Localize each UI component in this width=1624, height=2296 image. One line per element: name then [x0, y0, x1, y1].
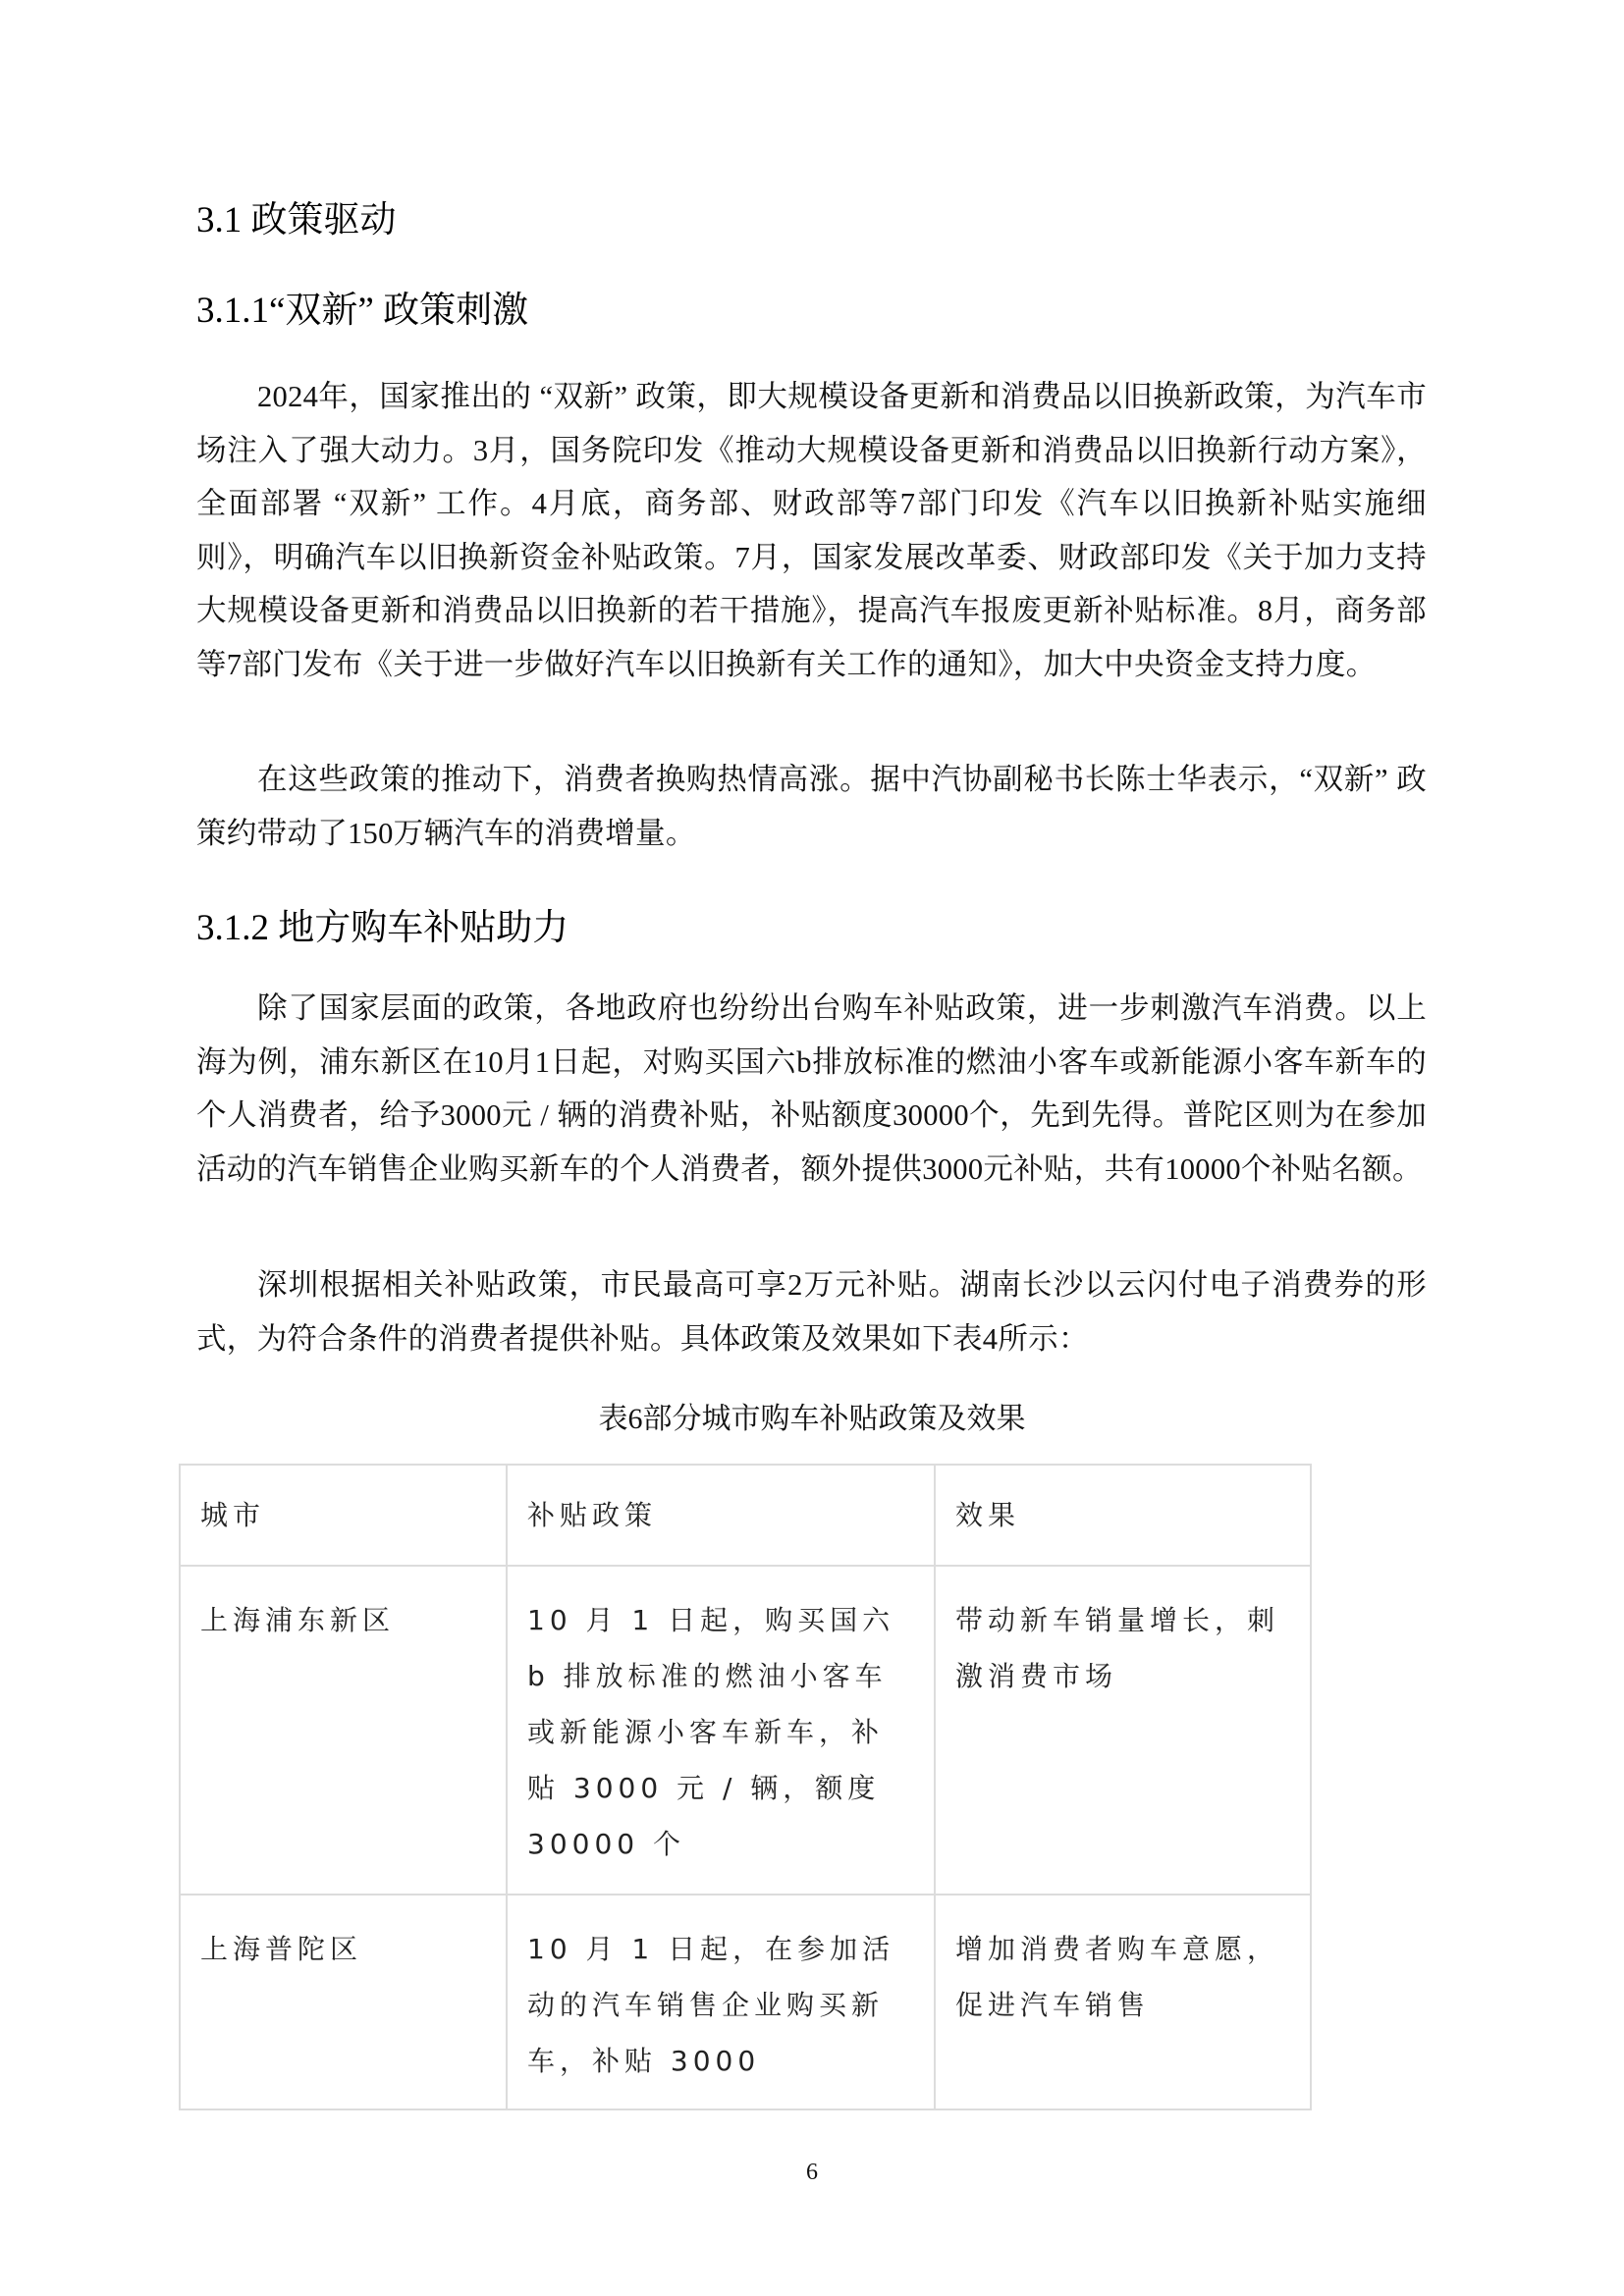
table-cell-city: 上海浦东新区	[180, 1566, 507, 1895]
table-cell-effect: 增加消费者购车意愿，促进汽车销售	[935, 1895, 1311, 2109]
subsection-heading-local-subsidy: 3.1.2 地方购车补贴助力	[196, 904, 568, 953]
table-header-city: 城市	[180, 1465, 507, 1566]
table-row: 上海浦东新区 10 月 1 日起，购买国六 b 排放标准的燃油小客车或新能源小客…	[180, 1566, 1311, 1895]
table-cell-city: 上海普陀区	[180, 1895, 507, 2109]
table-header-policy: 补贴政策	[507, 1465, 935, 1566]
paragraph-dual-new-policy-effect: 在这些政策的推动下，消费者换购热情高涨。据中汽协副秘书长陈士华表示，“双新” 政…	[196, 753, 1427, 860]
table-header-effect: 效果	[935, 1465, 1311, 1566]
table-cell-policy: 10 月 1 日起，购买国六 b 排放标准的燃油小客车或新能源小客车新车，补贴 …	[507, 1566, 935, 1895]
table-cell-policy: 10 月 1 日起，在参加活动的汽车销售企业购买新车，补贴 3000	[507, 1895, 935, 2109]
table-header-row: 城市 补贴政策 效果	[180, 1465, 1311, 1566]
table-row: 上海普陀区 10 月 1 日起，在参加活动的汽车销售企业购买新车，补贴 3000…	[180, 1895, 1311, 2109]
table-caption: 表6部分城市购车补贴政策及效果	[0, 1400, 1624, 1439]
paragraph-local-subsidy-shanghai: 除了国家层面的政策，各地政府也纷纷出台购车补贴政策，进一步刺激汽车消费。以上海为…	[196, 982, 1427, 1196]
paragraph-local-subsidy-shenzhen-changsha: 深圳根据相关补贴政策，市民最高可享2万元补贴。湖南长沙以云闪付电子消费券的形式，…	[196, 1258, 1427, 1365]
page-number: 6	[0, 2158, 1624, 2187]
subsidy-policy-table: 城市 补贴政策 效果 上海浦东新区 10 月 1 日起，购买国六 b 排放标准的…	[179, 1464, 1312, 2110]
table-cell-effect: 带动新车销量增长，刺激消费市场	[935, 1566, 1311, 1895]
section-heading: 3.1 政策驱动	[196, 196, 397, 245]
subsection-heading-dual-new-policy: 3.1.1“双新” 政策刺激	[196, 287, 528, 336]
paragraph-dual-new-policy-intro: 2024年，国家推出的 “双新” 政策，即大规模设备更新和消费品以旧换新政策，为…	[196, 370, 1427, 691]
